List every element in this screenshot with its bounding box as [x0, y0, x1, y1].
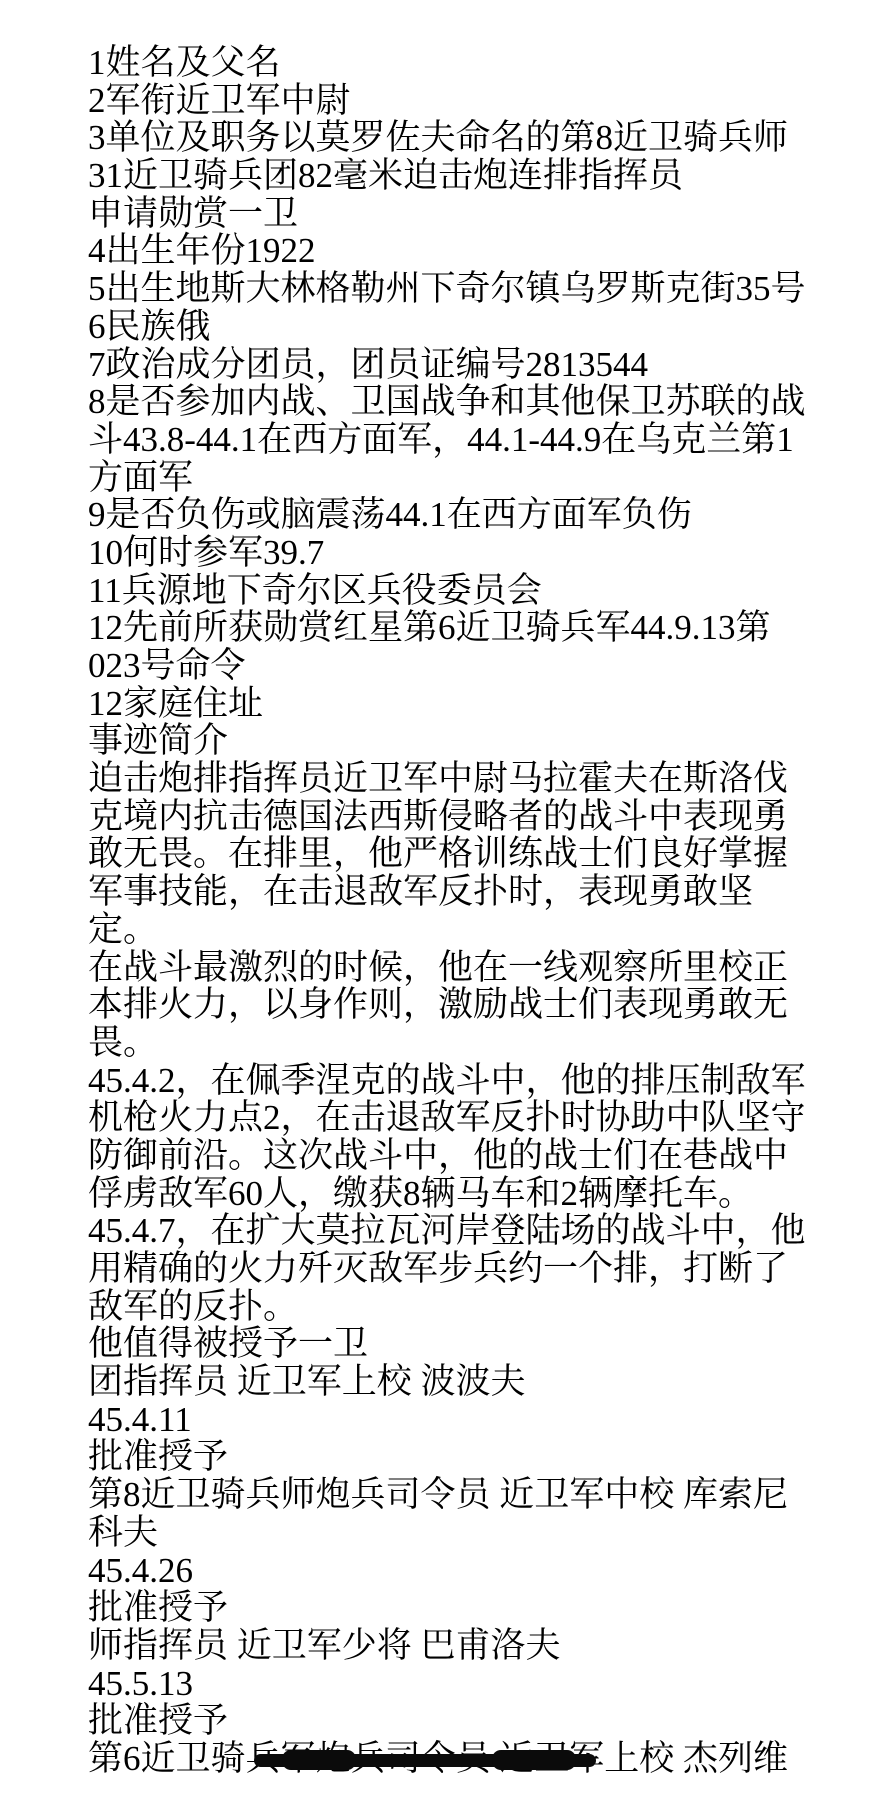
text-line: 批准授予 [88, 1589, 808, 1627]
text-line: 8是否参加内战、卫国战争和其他保卫苏联的战 [88, 383, 808, 421]
text-line: 45.5.13 [88, 1665, 808, 1703]
text-line: 7政治成分团员，团员证编号2813544 [88, 346, 808, 384]
text-line: 45.4.26 [88, 1552, 808, 1590]
text-line: 3单位及职务以莫罗佐夫命名的第8近卫骑兵师 [88, 119, 808, 157]
text-line: 45.4.11 [88, 1401, 808, 1439]
text-line: 45.4.2，在佩季涅克的战斗中，他的排压制敌军 [88, 1062, 808, 1100]
text-line: 在战斗最激烈的时候，他在一线观察所里校正 [88, 949, 808, 987]
text-line: 2军衔近卫军中尉 [88, 82, 808, 120]
text-line: 俘虏敌军60人，缴获8辆马车和2辆摩托车。 [88, 1175, 808, 1213]
text-line: 军事技能，在击退敌军反扑时，表现勇敢坚 [88, 873, 808, 911]
text-line: 10何时参军39.7 [88, 534, 808, 572]
text-line: 本排火力，以身作则，激励战士们表现勇敢无 [88, 986, 808, 1024]
text-line: 定。 [88, 911, 808, 949]
text-line: 申请勋赏一卫 [88, 195, 808, 233]
text-line: 事迹简介 [88, 722, 808, 760]
text-line: 45.4.7，在扩大莫拉瓦河岸登陆场的战斗中，他 [88, 1212, 808, 1250]
text-line: 9是否负伤或脑震荡44.1在西方面军负伤 [88, 496, 808, 534]
text-line-redacted: 第6近卫骑兵军炮兵司令员 近卫军上校 杰列维 [88, 1740, 808, 1778]
redacted-line-suffix: 上校 杰列维 [604, 1739, 788, 1778]
redaction-blob [492, 1750, 576, 1770]
text-line: 方面军 [88, 459, 808, 497]
text-line: 克境内抗击德国法西斯侵略者的战斗中表现勇 [88, 798, 808, 836]
redaction-strike-mark [254, 1754, 597, 1767]
text-line: 师指挥员 近卫军少将 巴甫洛夫 [88, 1627, 808, 1665]
text-line: 11兵源地下奇尔区兵役委员会 [88, 572, 808, 610]
text-line: 敌军的反扑。 [88, 1288, 808, 1326]
text-line: 1姓名及父名 [88, 44, 808, 82]
text-line: 防御前沿。这次战斗中，他的战士们在巷战中 [88, 1137, 808, 1175]
text-line: 敢无畏。在排里，他严格训练战士们良好掌握 [88, 835, 808, 873]
redacted-line-struck-text: 兵军炮兵司令员 近卫军 [246, 1740, 605, 1778]
text-line: 团指挥员 近卫军上校 波波夫 [88, 1363, 808, 1401]
text-line: 斗43.8-44.1在西方面军，44.1-44.9在乌克兰第1 [88, 421, 808, 459]
text-line: 12家庭住址 [88, 685, 808, 723]
text-line: 31近卫骑兵团82毫米迫击炮连排指挥员 [88, 157, 808, 195]
text-line: 他值得被授予一卫 [88, 1325, 808, 1363]
text-line: 5出生地斯大林格勒州下奇尔镇乌罗斯克街35号 [88, 270, 808, 308]
document-body: 1姓名及父名 2军衔近卫军中尉 3单位及职务以莫罗佐夫命名的第8近卫骑兵师 31… [88, 44, 808, 1778]
text-line: 机枪火力点2，在击退敌军反扑时协助中队坚守 [88, 1099, 808, 1137]
text-line: 12先前所获勋赏红星第6近卫骑兵军44.9.13第 [88, 609, 808, 647]
text-line: 023号命令 [88, 647, 808, 685]
redaction-blob [282, 1750, 356, 1770]
text-line: 4出生年份1922 [88, 232, 808, 270]
text-line: 批准授予 [88, 1438, 808, 1476]
text-line: 6民族俄 [88, 308, 808, 346]
text-line: 批准授予 [88, 1702, 808, 1740]
text-line: 畏。 [88, 1024, 808, 1062]
text-line: 迫击炮排指挥员近卫军中尉马拉霍夫在斯洛伐 [88, 760, 808, 798]
award-document-page: { "colors": { "background": "#ffffff", "… [0, 0, 878, 1800]
redacted-line-prefix: 第6近卫骑 [88, 1739, 246, 1778]
text-line: 第8近卫骑兵师炮兵司令员 近卫军中校 库索尼 [88, 1476, 808, 1514]
text-line: 科夫 [88, 1514, 808, 1552]
text-line: 用精确的火力歼灭敌军步兵约一个排，打断了 [88, 1250, 808, 1288]
